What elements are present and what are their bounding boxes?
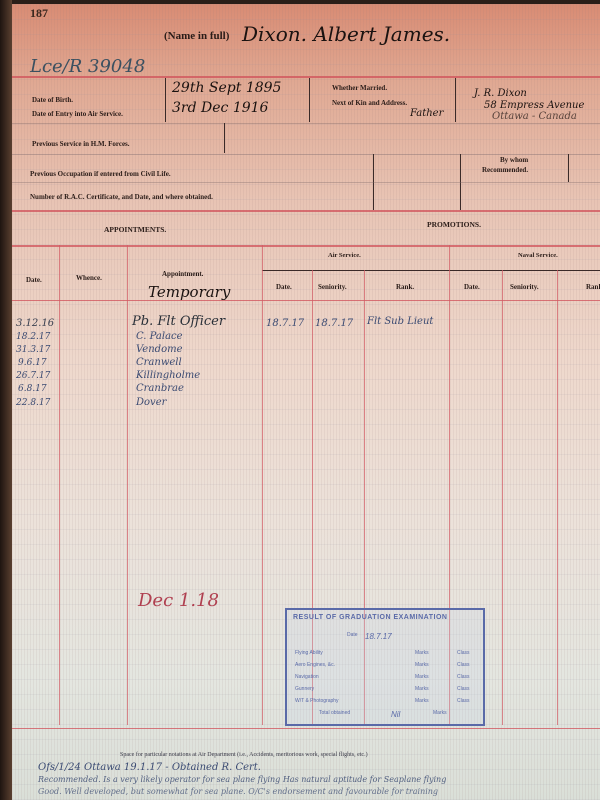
- rule: [12, 182, 600, 183]
- col-naval-date: Date.: [464, 283, 480, 291]
- next-of-kin-address: 58 Empress Avenue: [484, 100, 584, 111]
- promotions-header: PROMOTIONS.: [427, 220, 481, 229]
- entry-date-value: 3rd Dec 1916: [172, 100, 268, 116]
- promotion-rank: Flt Sub Lieut: [367, 316, 433, 327]
- stamp-total-label: Total obtained: [319, 710, 350, 716]
- column-rule: [127, 245, 128, 725]
- naval-service-header: Naval Service.: [518, 252, 558, 259]
- page-number: 187: [30, 6, 48, 21]
- divider: [309, 78, 310, 122]
- appointment-name: Cranwell: [136, 357, 182, 368]
- service-record-card: 187 (Name in full) Dixon. Albert James. …: [12, 0, 600, 800]
- stamp-row-marks: Marks: [415, 686, 429, 692]
- stamp-total-marks: Marks: [433, 710, 447, 716]
- appointment-name: Pb. Flt Officer: [132, 314, 225, 329]
- col-naval-rank: Rank.: [586, 283, 600, 291]
- document-top-edge: [12, 0, 600, 4]
- divider: [455, 78, 456, 122]
- rule: [12, 123, 600, 124]
- entry-date-label: Date of Entry into Air Service.: [32, 110, 123, 118]
- col-air-date: Date.: [276, 283, 292, 291]
- appointment-date: 18.2.17: [16, 332, 50, 342]
- stamp-date-value: 18.7.17: [365, 632, 392, 641]
- appointment-name: Killingholme: [136, 370, 200, 381]
- stamp-row-label: Navigation: [295, 674, 319, 680]
- stamp-row-marks: Marks: [415, 674, 429, 680]
- divider: [165, 78, 166, 122]
- previous-service-label: Previous Service in H.M. Forces.: [32, 140, 130, 148]
- appointment-date: 3.12.16: [16, 318, 54, 329]
- document-left-edge: [0, 0, 12, 800]
- appointment-name: C. Palace: [136, 331, 183, 342]
- rule: [12, 300, 600, 301]
- service-number: Lce/R 39048: [30, 56, 145, 77]
- rule: [12, 76, 600, 78]
- date-of-birth-value: 29th Sept 1895: [172, 80, 281, 96]
- appointment-date: 31.3.17: [16, 345, 50, 355]
- name-label: (Name in full): [164, 30, 229, 42]
- stamp-row-label: Gunnery: [295, 686, 314, 692]
- stamp-row-class: Class: [457, 650, 470, 656]
- appointment-date: 22.8.17: [16, 398, 50, 408]
- column-rule: [502, 270, 503, 725]
- next-of-kin-relation: Father: [410, 108, 443, 119]
- next-of-kin-city: Ottawa - Canada: [492, 111, 577, 122]
- rule: [12, 245, 600, 247]
- red-annotation: Dec 1.18: [138, 590, 219, 611]
- stamp-row-marks: Marks: [415, 662, 429, 668]
- stamp-row-class: Class: [457, 674, 470, 680]
- column-rule: [59, 245, 60, 725]
- promotion-date: 18.7.17: [266, 318, 304, 329]
- divider: [568, 154, 569, 182]
- col-date: Date.: [26, 276, 42, 284]
- air-service-header: Air Service.: [328, 252, 361, 259]
- rule: [12, 210, 600, 212]
- graduation-exam-stamp: RESULT OF GRADUATION EXAMINATION Date 18…: [285, 608, 485, 726]
- date-of-birth-label: Date of Birth.: [32, 96, 73, 104]
- column-rule: [557, 270, 558, 725]
- married-label: Whether Married.: [332, 84, 387, 92]
- name-value: Dixon. Albert James.: [242, 22, 450, 46]
- stamp-row-label: Flying Ability: [295, 650, 323, 656]
- previous-occupation-label: Previous Occupation if entered from Civi…: [30, 170, 171, 178]
- stamp-row-marks: Marks: [415, 698, 429, 704]
- stamp-date-label: Date: [347, 632, 358, 638]
- col-appointment: Appointment.: [162, 270, 203, 278]
- notation-line-3: Good. Well developed, but somewhat for s…: [38, 787, 438, 796]
- next-of-kin-label: Next of Kin and Address.: [332, 99, 407, 107]
- notation-line-1: Ofs/1/24 Ottawa 19.1.17 - Obtained R. Ce…: [38, 762, 261, 773]
- appointment-type: Temporary: [148, 283, 230, 301]
- col-air-rank: Rank.: [396, 283, 414, 291]
- stamp-row-class: Class: [457, 662, 470, 668]
- appointment-name: Dover: [136, 397, 166, 408]
- appointment-name: Cranbrae: [136, 383, 184, 394]
- appointment-date: 6.8.17: [18, 384, 47, 394]
- appointment-date: 9.6.17: [18, 358, 47, 368]
- promotion-seniority: 18.7.17: [315, 318, 353, 329]
- notation-line-2: Recommended. Is a very likely operator f…: [38, 775, 446, 784]
- notations-label: Space for particular notations at Air De…: [120, 752, 368, 758]
- stamp-total-value: Nil: [391, 710, 400, 719]
- col-whence: Whence.: [76, 274, 102, 282]
- appointments-header: APPOINTMENTS.: [104, 225, 166, 234]
- rule: [12, 728, 600, 729]
- appointment-name: Vendome: [136, 344, 182, 355]
- rule: [12, 154, 600, 155]
- appointment-date: 26.7.17: [16, 371, 50, 381]
- col-air-seniority: Seniority.: [318, 283, 347, 291]
- recommended-label-2: Recommended.: [482, 166, 528, 174]
- stamp-row-label: Aero Engines, &c.: [295, 662, 335, 668]
- recommended-label-1: By whom: [500, 156, 528, 164]
- col-naval-seniority: Seniority.: [510, 283, 539, 291]
- stamp-title: RESULT OF GRADUATION EXAMINATION: [293, 614, 447, 621]
- rac-certificate-label: Number of R.A.C. Certificate, and Date, …: [30, 193, 213, 201]
- stamp-row-label: W/T & Photography: [295, 698, 339, 704]
- next-of-kin-name: J. R. Dixon: [474, 88, 527, 99]
- stamp-row-marks: Marks: [415, 650, 429, 656]
- divider: [224, 123, 225, 153]
- stamp-row-class: Class: [457, 698, 470, 704]
- stamp-row-class: Class: [457, 686, 470, 692]
- column-rule: [262, 245, 263, 725]
